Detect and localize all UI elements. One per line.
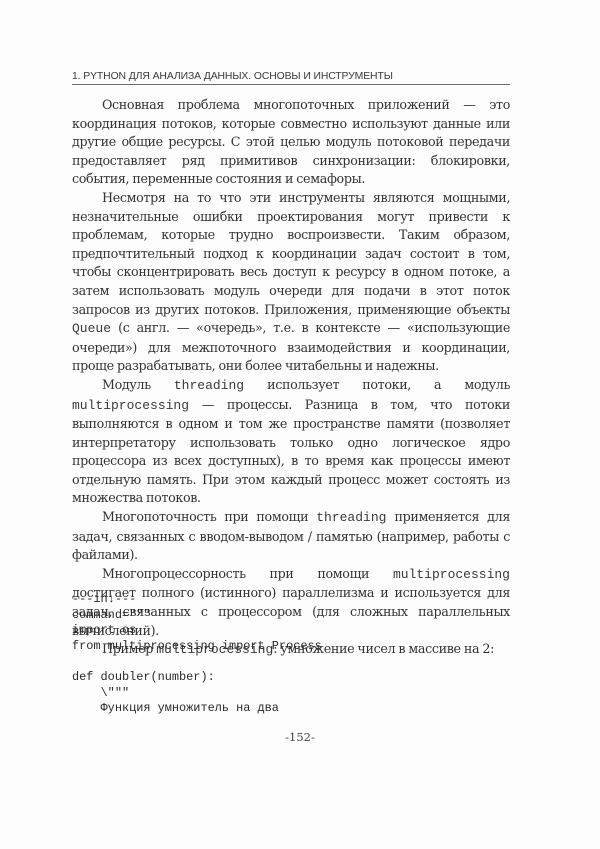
text-run: Основная проблема многопоточных приложен… xyxy=(72,97,510,186)
text-run: Многопоточность при помощи xyxy=(102,509,316,524)
text-run: Модуль xyxy=(102,377,174,392)
code-line: def doubler(number): xyxy=(72,670,512,686)
code-line: command=""" xyxy=(72,608,512,624)
code-line xyxy=(72,654,512,670)
running-header: 1. PYTHON ДЛЯ АНАЛИЗА ДАННЫХ. ОСНОВЫ И И… xyxy=(72,71,510,85)
paragraph: Несмотря на то что эти инструменты являю… xyxy=(72,189,510,376)
inline-code: threading xyxy=(174,378,244,393)
code-line: from multiprocessing import Process xyxy=(72,639,512,655)
body-text: Основная проблема многопоточных приложен… xyxy=(72,96,510,660)
paragraph: Основная проблема многопоточных приложен… xyxy=(72,96,510,189)
code-line: \""" xyxy=(72,686,512,702)
text-run: (с англ. — «очередь», т.е. в контексте —… xyxy=(72,320,510,373)
text-run: Многопроцессорность при помощи xyxy=(102,566,393,581)
book-page: 1. PYTHON ДЛЯ АНАЛИЗА ДАННЫХ. ОСНОВЫ И И… xyxy=(0,0,600,849)
inline-code: Queue xyxy=(72,321,111,336)
inline-code: multiprocessing xyxy=(72,398,189,413)
page-number: -152- xyxy=(0,730,600,744)
text-run: использует потоки, а модуль xyxy=(244,377,510,392)
code-block: ---in↓---command="""import osfrom multip… xyxy=(72,592,512,717)
inline-code: threading xyxy=(316,510,386,525)
inline-code: multiprocessing xyxy=(393,567,510,582)
code-line: import os xyxy=(72,623,512,639)
paragraph: Модуль threading использует потоки, а мо… xyxy=(72,376,510,508)
paragraph: Многопоточность при помощи threading при… xyxy=(72,508,510,565)
code-line: ---in↓--- xyxy=(72,592,512,608)
text-run: Несмотря на то что эти инструменты являю… xyxy=(72,190,510,317)
code-line: Функция умножитель на два xyxy=(72,701,512,717)
